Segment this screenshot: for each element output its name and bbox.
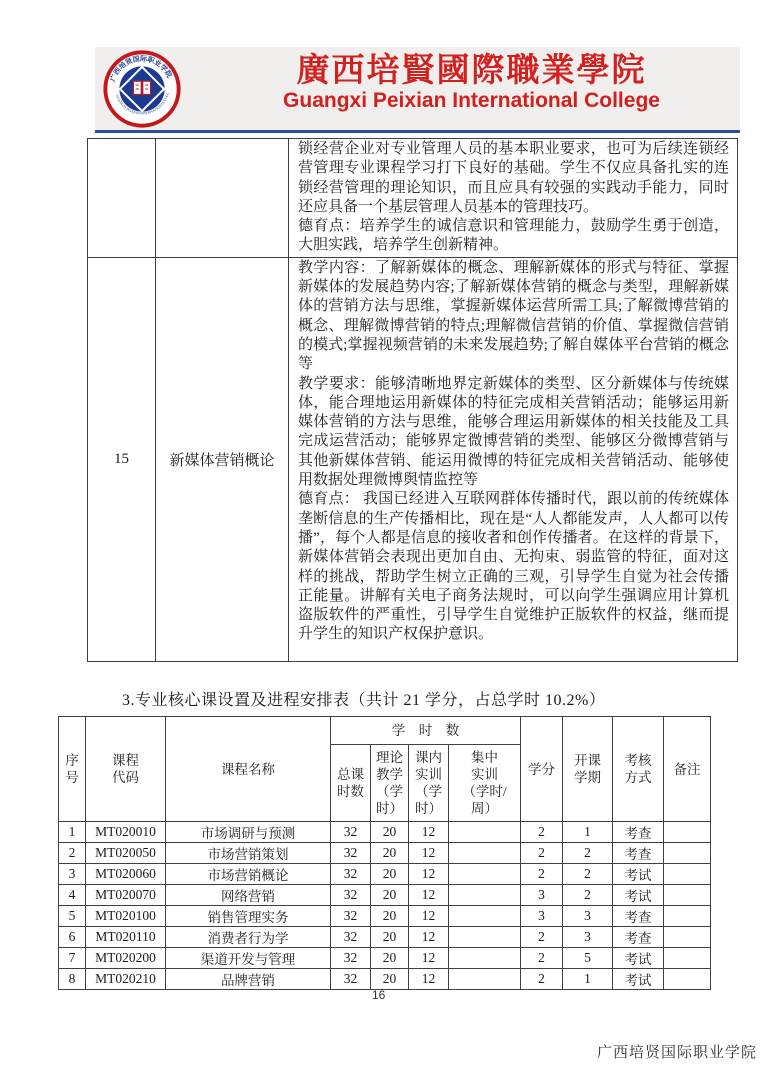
col-header-theory-hours: 理论 教学 （学 时） <box>371 745 409 822</box>
cell-remark <box>664 969 711 990</box>
course-name-cell: 新媒体营销概论 <box>156 257 289 661</box>
col-header-no: 序号 <box>59 717 86 822</box>
cell-no: 3 <box>59 864 86 885</box>
col-header-code: 课程 代码 <box>86 717 166 822</box>
header-banner: 广西培贤国际职业学院 GUANGXI PEIXIAN INTERNATIONAL… <box>95 47 740 133</box>
col-header-assessment: 考核 方式 <box>613 717 664 822</box>
col-header-remark: 备注 <box>664 717 711 822</box>
cell-name: 渠道开发与管理 <box>166 948 331 969</box>
cell-code: MT020200 <box>86 948 166 969</box>
cell-no: 6 <box>59 927 86 948</box>
cell-remark <box>664 927 711 948</box>
cell-concentrated <box>449 864 521 885</box>
cell-name: 消费者行为学 <box>166 927 331 948</box>
cell-no: 8 <box>59 969 86 990</box>
cell-practice: 12 <box>409 864 449 885</box>
cell-no: 7 <box>59 948 86 969</box>
table-row: 7 MT020200 渠道开发与管理 32 20 12 2 5 考试 <box>59 948 711 969</box>
course-description-table: 锁经营企业对专业管理人员的基本职业要求，也可为后续连锁经营管理专业课程学习打下良… <box>87 138 738 662</box>
core-course-table: 序号 课程 代码 课程名称 学 时 数 学分 开课 学期 考核 方式 备注 总课… <box>58 716 711 990</box>
cell-theory: 20 <box>371 885 409 906</box>
course-content-cell: 教学内容：了解新媒体的概念、理解新媒体的形式与特征、掌握新媒体的发展趋势内容;了… <box>289 257 738 661</box>
cell-no: 4 <box>59 885 86 906</box>
cell-concentrated <box>449 906 521 927</box>
college-name-zh: 廣西培賢國際職業學院 <box>203 53 740 89</box>
table-row: 3 MT020060 市场营销概论 32 20 12 2 2 考试 <box>59 864 711 885</box>
cell-total: 32 <box>331 927 371 948</box>
cell-practice: 12 <box>409 927 449 948</box>
cell-concentrated <box>449 927 521 948</box>
section-title: 3.专业核心课设置及进程安排表（共计 21 学分，占总学时 10.2%） <box>122 687 605 710</box>
cell-assessment: 考查 <box>613 822 664 843</box>
footer-watermark: 广西培贤国际职业学院 <box>597 1041 757 1062</box>
cell-theory: 20 <box>371 906 409 927</box>
cell-total: 32 <box>331 864 371 885</box>
cell-no: 1 <box>59 822 86 843</box>
cell-total: 32 <box>331 906 371 927</box>
cell-remark <box>664 843 711 864</box>
cell-semester: 2 <box>563 843 613 864</box>
cell-code: MT020100 <box>86 906 166 927</box>
table-row: 2 MT020050 市场营销策划 32 20 12 2 2 考查 <box>59 843 711 864</box>
cell-theory: 20 <box>371 864 409 885</box>
cell-practice: 12 <box>409 969 449 990</box>
cell-code: MT020110 <box>86 927 166 948</box>
cell-concentrated <box>449 969 521 990</box>
col-header-practice-hours: 课内 实训 （学 时） <box>409 745 449 822</box>
course-content-cell: 锁经营企业对专业管理人员的基本职业要求，也可为后续连锁经营管理专业课程学习打下良… <box>289 139 738 258</box>
col-header-concentrated-hours: 集中 实训 （学时/ 周） <box>449 745 521 822</box>
cell-practice: 12 <box>409 822 449 843</box>
col-header-credits: 学分 <box>521 717 563 822</box>
cell-remark <box>664 906 711 927</box>
cell-assessment: 考查 <box>613 906 664 927</box>
moral-education-text: 德育点： 我国已经进入互联网群体传播时代，跟以前的传统媒体垄断信息的生产传播相比… <box>298 490 729 644</box>
cell-credits: 2 <box>521 822 563 843</box>
table-row-15: 15 新媒体营销概论 教学内容：了解新媒体的概念、理解新媒体的形式与特征、掌握新… <box>88 257 738 661</box>
cell-assessment: 考试 <box>613 969 664 990</box>
serial-cell-empty <box>88 139 156 258</box>
teaching-content-text: 教学内容：了解新媒体的概念、理解新媒体的形式与特征、掌握新媒体的发展趋势内容;了… <box>298 259 729 375</box>
table-row: 6 MT020110 消费者行为学 32 20 12 2 3 考查 <box>59 927 711 948</box>
college-name-en: Guangxi Peixian International College <box>203 89 740 113</box>
table-row: 4 MT020070 网络营销 32 20 12 3 2 考试 <box>59 885 711 906</box>
col-header-hours-group: 学 时 数 <box>331 717 521 745</box>
college-logo-icon: 广西培贤国际职业学院 GUANGXI PEIXIAN INTERNATIONAL… <box>103 50 181 128</box>
header-row-1: 序号 课程 代码 课程名称 学 时 数 学分 开课 学期 考核 方式 备注 <box>59 717 711 745</box>
cell-semester: 1 <box>563 969 613 990</box>
cell-code: MT020070 <box>86 885 166 906</box>
cell-assessment: 考查 <box>613 927 664 948</box>
cell-theory: 20 <box>371 843 409 864</box>
cell-concentrated <box>449 843 521 864</box>
cell-semester: 5 <box>563 948 613 969</box>
page-number: 16 <box>372 988 385 1002</box>
course-name-cell-empty <box>156 139 289 258</box>
course-description-text: 锁经营企业对专业管理人员的基本职业要求，也可为后续连锁经营管理专业课程学习打下良… <box>298 140 729 217</box>
table-row: 1 MT020010 市场调研与预测 32 20 12 2 1 考查 <box>59 822 711 843</box>
cell-code: MT020010 <box>86 822 166 843</box>
cell-no: 2 <box>59 843 86 864</box>
cell-name: 市场调研与预测 <box>166 822 331 843</box>
cell-semester: 2 <box>563 864 613 885</box>
cell-no: 5 <box>59 906 86 927</box>
cell-concentrated <box>449 885 521 906</box>
table-row-continued: 锁经营企业对专业管理人员的基本职业要求，也可为后续连锁经营管理专业课程学习打下良… <box>88 139 738 258</box>
cell-practice: 12 <box>409 843 449 864</box>
cell-credits: 2 <box>521 948 563 969</box>
col-header-name: 课程名称 <box>166 717 331 822</box>
document-page: 广西培贤国际职业学院 GUANGXI PEIXIAN INTERNATIONAL… <box>0 0 764 1080</box>
cell-assessment: 考试 <box>613 864 664 885</box>
cell-total: 32 <box>331 948 371 969</box>
cell-total: 32 <box>331 885 371 906</box>
cell-assessment: 考查 <box>613 843 664 864</box>
cell-code: MT020210 <box>86 969 166 990</box>
cell-total: 32 <box>331 843 371 864</box>
table-row: 5 MT020100 销售管理实务 32 20 12 3 3 考查 <box>59 906 711 927</box>
cell-remark <box>664 864 711 885</box>
cell-practice: 12 <box>409 948 449 969</box>
cell-credits: 2 <box>521 927 563 948</box>
cell-assessment: 考试 <box>613 885 664 906</box>
serial-cell: 15 <box>88 257 156 661</box>
cell-code: MT020050 <box>86 843 166 864</box>
cell-name: 销售管理实务 <box>166 906 331 927</box>
teaching-requirements-text: 教学要求：能够清晰地界定新媒体的类型、区分新媒体与传统媒体，能合理地运用新媒体的… <box>298 375 729 491</box>
cell-concentrated <box>449 822 521 843</box>
cell-credits: 2 <box>521 864 563 885</box>
cell-code: MT020060 <box>86 864 166 885</box>
cell-total: 32 <box>331 969 371 990</box>
cell-credits: 2 <box>521 843 563 864</box>
cell-credits: 2 <box>521 969 563 990</box>
cell-theory: 20 <box>371 822 409 843</box>
cell-remark <box>664 948 711 969</box>
college-name-block: 廣西培賢國際職業學院 Guangxi Peixian International… <box>203 47 740 113</box>
cell-remark <box>664 885 711 906</box>
cell-practice: 12 <box>409 885 449 906</box>
table-row: 8 MT020210 品牌营销 32 20 12 2 1 考试 <box>59 969 711 990</box>
cell-semester: 1 <box>563 822 613 843</box>
cell-semester: 3 <box>563 906 613 927</box>
cell-semester: 3 <box>563 927 613 948</box>
cell-semester: 2 <box>563 885 613 906</box>
moral-education-text: 德育点：培养学生的诚信意识和管理能力，鼓励学生勇于创造，大胆实践，培养学生创新精… <box>298 217 729 256</box>
cell-theory: 20 <box>371 969 409 990</box>
cell-name: 网络营销 <box>166 885 331 906</box>
cell-theory: 20 <box>371 948 409 969</box>
cell-total: 32 <box>331 822 371 843</box>
cell-concentrated <box>449 948 521 969</box>
cell-assessment: 考试 <box>613 948 664 969</box>
col-header-semester: 开课 学期 <box>563 717 613 822</box>
col-header-total-hours: 总课 时数 <box>331 745 371 822</box>
cell-name: 市场营销概论 <box>166 864 331 885</box>
cell-theory: 20 <box>371 927 409 948</box>
cell-credits: 3 <box>521 885 563 906</box>
cell-credits: 3 <box>521 906 563 927</box>
cell-name: 品牌营销 <box>166 969 331 990</box>
cell-remark <box>664 822 711 843</box>
cell-name: 市场营销策划 <box>166 843 331 864</box>
cell-practice: 12 <box>409 906 449 927</box>
